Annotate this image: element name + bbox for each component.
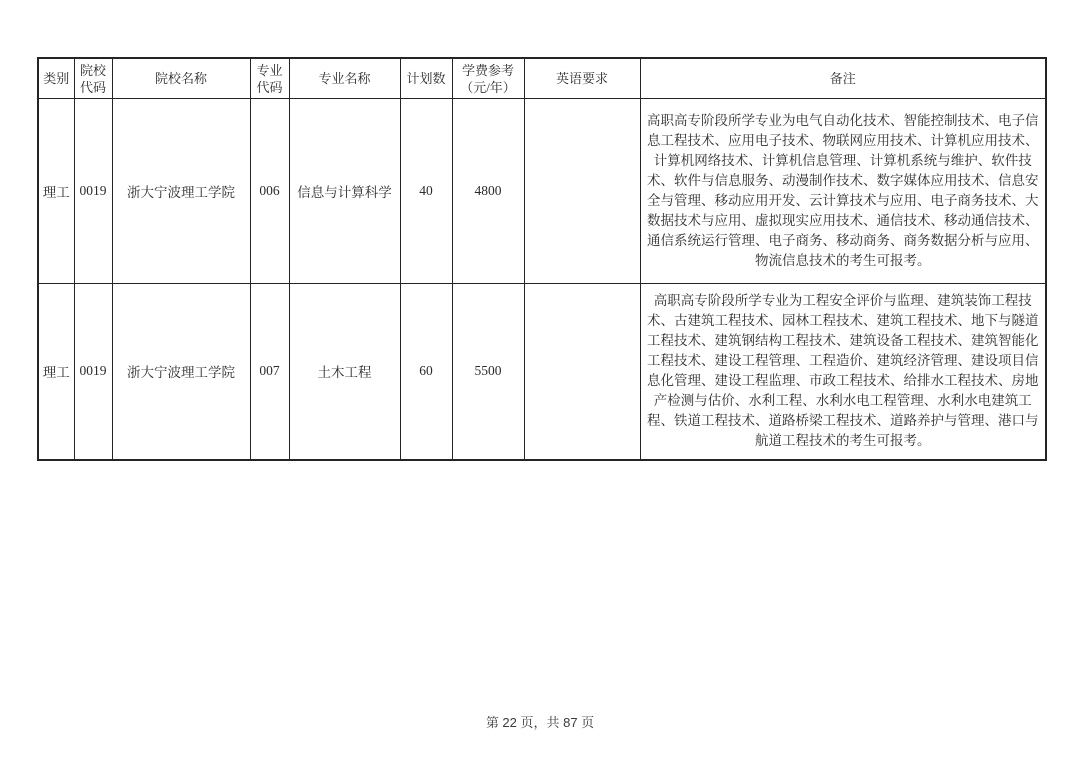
cell-english-requirement <box>524 99 640 284</box>
col-header-english-requirement: 英语要求 <box>524 58 640 99</box>
col-header-institution-code: 院校 代码 <box>74 58 112 99</box>
cell-tuition: 5500 <box>452 284 524 460</box>
table-row: 理工 0019 浙大宁波理工学院 007 土木工程 60 5500 高职高专阶段… <box>38 284 1046 460</box>
col-header-major-name: 专业名称 <box>289 58 400 99</box>
cell-tuition: 4800 <box>452 99 524 284</box>
table-row: 理工 0019 浙大宁波理工学院 006 信息与计算科学 40 4800 高职高… <box>38 99 1046 284</box>
cell-major-code: 006 <box>250 99 289 284</box>
cell-major-name: 信息与计算科学 <box>289 99 400 284</box>
cell-institution-code: 0019 <box>74 284 112 460</box>
cell-major-code: 007 <box>250 284 289 460</box>
cell-institution-name: 浙大宁波理工学院 <box>112 284 250 460</box>
cell-english-requirement <box>524 284 640 460</box>
cell-major-name: 土木工程 <box>289 284 400 460</box>
cell-category: 理工 <box>38 99 74 284</box>
cell-remarks: 高职高专阶段所学专业为工程安全评价与监理、建筑装饰工程技术、古建筑工程技术、园林… <box>640 284 1046 460</box>
cell-category: 理工 <box>38 284 74 460</box>
cell-plan-count: 60 <box>400 284 452 460</box>
cell-institution-code: 0019 <box>74 99 112 284</box>
col-header-plan-count: 计划数 <box>400 58 452 99</box>
col-header-major-code: 专业 代码 <box>250 58 289 99</box>
page-number: 第 22 页，共 87 页 <box>0 712 1080 731</box>
header-row: 类别 院校 代码 院校名称 专业 代码 专业名称 计划数 学费参考 （元/年） … <box>38 58 1046 99</box>
col-header-institution-name: 院校名称 <box>112 58 250 99</box>
admissions-table: 类别 院校 代码 院校名称 专业 代码 专业名称 计划数 学费参考 （元/年） … <box>37 57 1047 461</box>
cell-plan-count: 40 <box>400 99 452 284</box>
col-header-category: 类别 <box>38 58 74 99</box>
col-header-remarks: 备注 <box>640 58 1046 99</box>
cell-institution-name: 浙大宁波理工学院 <box>112 99 250 284</box>
col-header-tuition: 学费参考 （元/年） <box>452 58 524 99</box>
cell-remarks: 高职高专阶段所学专业为电气自动化技术、智能控制技术、电子信息工程技术、应用电子技… <box>640 99 1046 284</box>
document-page: 类别 院校 代码 院校名称 专业 代码 专业名称 计划数 学费参考 （元/年） … <box>0 0 1080 764</box>
